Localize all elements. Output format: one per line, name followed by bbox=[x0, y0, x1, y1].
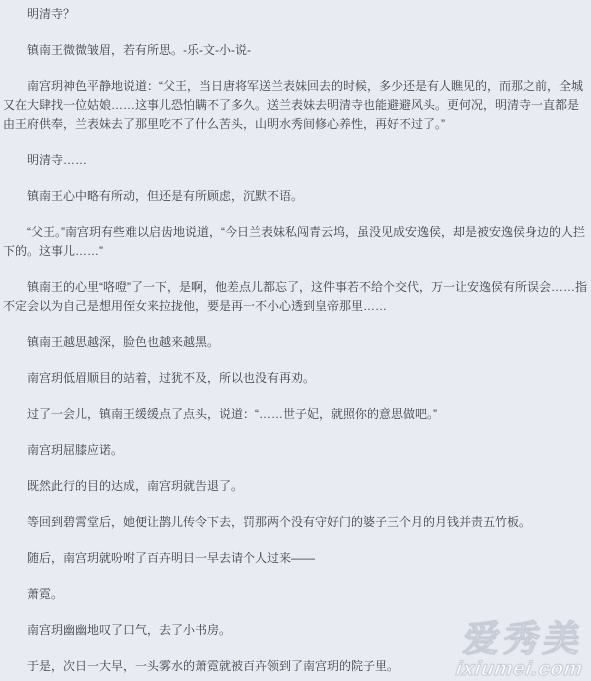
paragraph-6: “父王。”南宫玥有些难以启齿地说道，“今日兰表妹私闯青云坞，虽没见成安逸侯，却是… bbox=[3, 223, 587, 261]
paragraph-8: 镇南王越思越深，脸色也越来越黑。 bbox=[3, 333, 587, 352]
paragraph-13: 等回到碧霄堂后，她便让鹊儿传令下去，罚那两个没有守好门的婆子三个月的月钱并责五竹… bbox=[3, 513, 587, 532]
paragraph-7: 镇南王的心里“咯噔”了一下，是啊，他差点儿都忘了，这件事若不给个交代，万一让安逸… bbox=[3, 278, 587, 316]
paragraph-14: 随后，南宫玥就吩咐了百卉明日一早去请个人过来—— bbox=[3, 549, 587, 568]
novel-page: 明清寺？ 镇南王微微皱眉，若有所思。-乐-文-小-说- 南宫玥神色平静地说道：“… bbox=[0, 0, 591, 681]
paragraph-16: 南宫玥幽幽地叹了口气，去了小书房。 bbox=[3, 621, 587, 640]
paragraph-9: 南宫玥低眉顺目的站着，过犹不及，所以也没有再劝。 bbox=[3, 369, 587, 388]
paragraph-12: 既然此行的目的达成，南宫玥就告退了。 bbox=[3, 477, 587, 496]
paragraph-5: 镇南王心中略有所动，但还是有所顾虑，沉默不语。 bbox=[3, 187, 587, 206]
paragraph-2: 镇南王微微皱眉，若有所思。-乐-文-小-说- bbox=[3, 41, 587, 60]
paragraph-10: 过了一会儿，镇南王缓缓点了点头，说道：“……世子妃，就照你的意思做吧。” bbox=[3, 405, 587, 424]
paragraph-1: 明清寺？ bbox=[3, 5, 587, 24]
paragraph-4: 明清寺…… bbox=[3, 151, 587, 170]
paragraph-15: 萧霓。 bbox=[3, 585, 587, 604]
paragraph-3: 南宫玥神色平静地说道：“父王，当日唐将军送兰表妹回去的时候，多少还是有人瞧见的，… bbox=[3, 77, 587, 134]
novel-text: 明清寺？ 镇南王微微皱眉，若有所思。-乐-文-小-说- 南宫玥神色平静地说道：“… bbox=[3, 5, 587, 676]
paragraph-11: 南宫玥屈膝应诺。 bbox=[3, 441, 587, 460]
paragraph-17: 于是，次日一大早，一头雾水的萧霓就被百卉领到了南宫玥的院子里。 bbox=[3, 657, 587, 676]
